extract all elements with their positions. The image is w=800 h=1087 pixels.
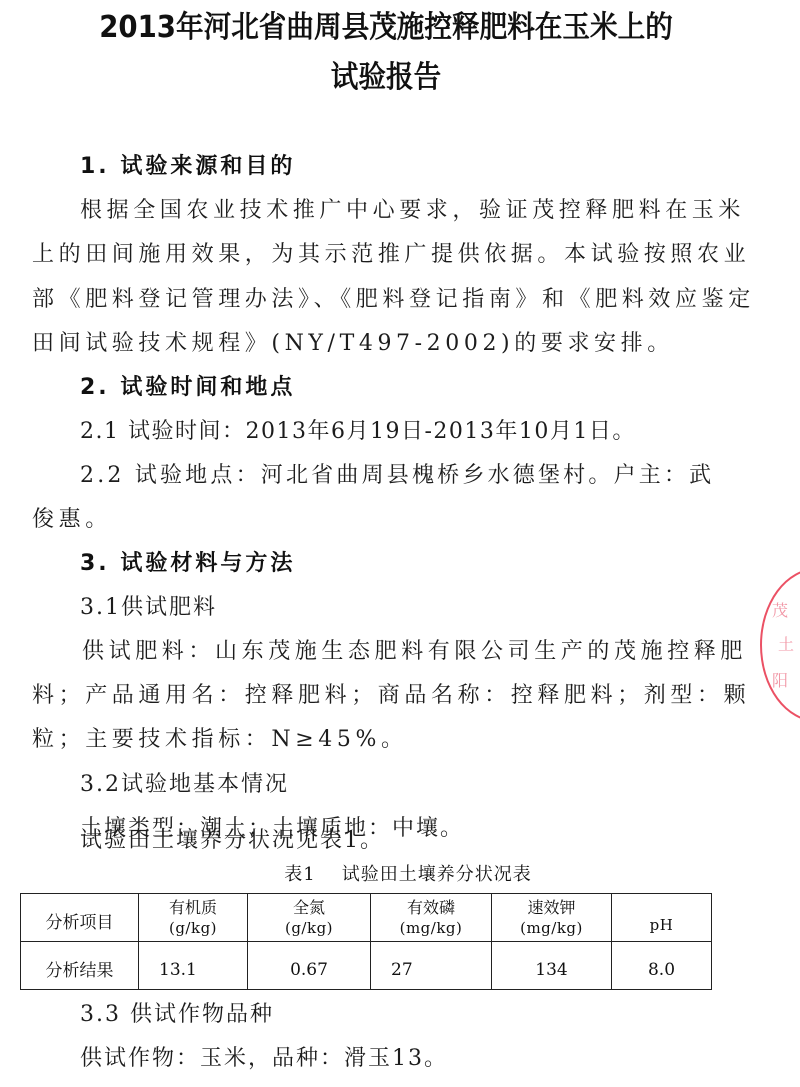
column-name: 全氮 <box>248 898 370 918</box>
document-page: 2013年河北省曲周县茂施控释肥料在玉米上的 试验报告 1. 试验来源和目的 根… <box>0 0 800 1087</box>
fertilizer-line: 粒；主要技术指标：N≥45%。 <box>32 725 408 755</box>
document-title-line2: 试验报告 <box>18 58 754 98</box>
section-1-paragraph-line: 田间试验技术规程》(NY/T497-2002)的要求安排。 <box>32 329 674 359</box>
table-cell-organic-matter: 13.1 <box>139 942 248 990</box>
fertilizer-line: 料；产品通用名：控释肥料；商品名称：控释肥料；剂型：颗 <box>32 681 750 711</box>
table-header-cell: 有效磷 (mg/kg) <box>371 894 492 942</box>
section-1-paragraph-line: 上的田间施用效果，为其示范推广提供依据。本试验按照农业 <box>32 240 750 270</box>
section-3-2-heading: 3.2试验地基本情况 <box>80 770 289 800</box>
table-cell-available-potassium: 134 <box>492 942 612 990</box>
section-1-paragraph-line: 根据全国农业技术推广中心要求，验证茂控释肥料在玉米 <box>80 196 745 226</box>
stamp-glyph: 阳 <box>772 668 788 691</box>
table-1-title: 试验田土壤养分状况表 <box>342 864 532 885</box>
column-name: 有效磷 <box>371 898 491 918</box>
column-unit: (g/kg) <box>139 918 247 938</box>
table-header-label: 分析项目 <box>21 894 139 942</box>
section-1-heading: 1. 试验来源和目的 <box>80 152 295 182</box>
trial-time: 2.1 试验时间：2013年6月19日-2013年10月1日。 <box>80 417 636 447</box>
trial-place-line2: 俊惠。 <box>32 505 112 535</box>
table-row: 分析结果 13.1 0.67 27 134 8.0 <box>21 942 712 990</box>
table-cell-available-phosphorus: 27 <box>371 942 492 990</box>
table-header-cell: 有机质 (g/kg) <box>139 894 248 942</box>
column-name: 有机质 <box>139 898 247 918</box>
table-1-number: 表1 <box>284 864 315 885</box>
fertilizer-line: 供试肥料：山东茂施生态肥料有限公司生产的茂施控释肥 <box>82 637 747 667</box>
stamp-glyph: 茂 <box>772 598 788 621</box>
table-header-cell: 全氮 (g/kg) <box>248 894 371 942</box>
table-header-cell: 速效钾 (mg/kg) <box>492 894 612 942</box>
table-header-row: 分析项目 有机质 (g/kg) 全氮 (g/kg) 有效磷 (mg/kg) 速效… <box>21 894 712 942</box>
table-1-caption: 表1试验田土壤养分状况表 <box>0 863 800 887</box>
column-unit: pH <box>612 915 711 935</box>
red-seal-stamp-icon: 茂 土 阳 <box>760 568 800 722</box>
crop-variety-line: 供试作物：玉米，品种：滑玉13。 <box>80 1044 448 1074</box>
table-cell-total-nitrogen: 0.67 <box>248 942 371 990</box>
table-header-cell: pH <box>612 894 712 942</box>
trial-place-line1: 2.2 试验地点：河北省曲周县槐桥乡水德堡村。户主：武 <box>80 461 714 491</box>
section-2-heading: 2. 试验时间和地点 <box>80 373 295 403</box>
section-3-heading: 3. 试验材料与方法 <box>80 549 295 579</box>
column-unit: (mg/kg) <box>492 918 611 938</box>
table-cell-ph: 8.0 <box>612 942 712 990</box>
section-1-paragraph-line: 部《肥料登记管理办法》、《肥料登记指南》和《肥料效应鉴定 <box>32 285 755 315</box>
soil-table-reference: 试验田土壤养分状况见表1。 <box>80 826 384 856</box>
column-name: 速效钾 <box>492 898 611 918</box>
stamp-glyph: 土 <box>778 632 794 655</box>
section-3-3-heading: 3.3 供试作物品种 <box>80 1000 274 1030</box>
column-unit: (mg/kg) <box>371 918 491 938</box>
column-unit: (g/kg) <box>248 918 370 938</box>
table-row-label: 分析结果 <box>21 942 139 990</box>
document-title-line1: 2013年河北省曲周县茂施控释肥料在玉米上的 <box>18 8 754 48</box>
soil-nutrient-table: 分析项目 有机质 (g/kg) 全氮 (g/kg) 有效磷 (mg/kg) 速效… <box>20 893 712 990</box>
section-3-1-heading: 3.1供试肥料 <box>80 593 217 623</box>
